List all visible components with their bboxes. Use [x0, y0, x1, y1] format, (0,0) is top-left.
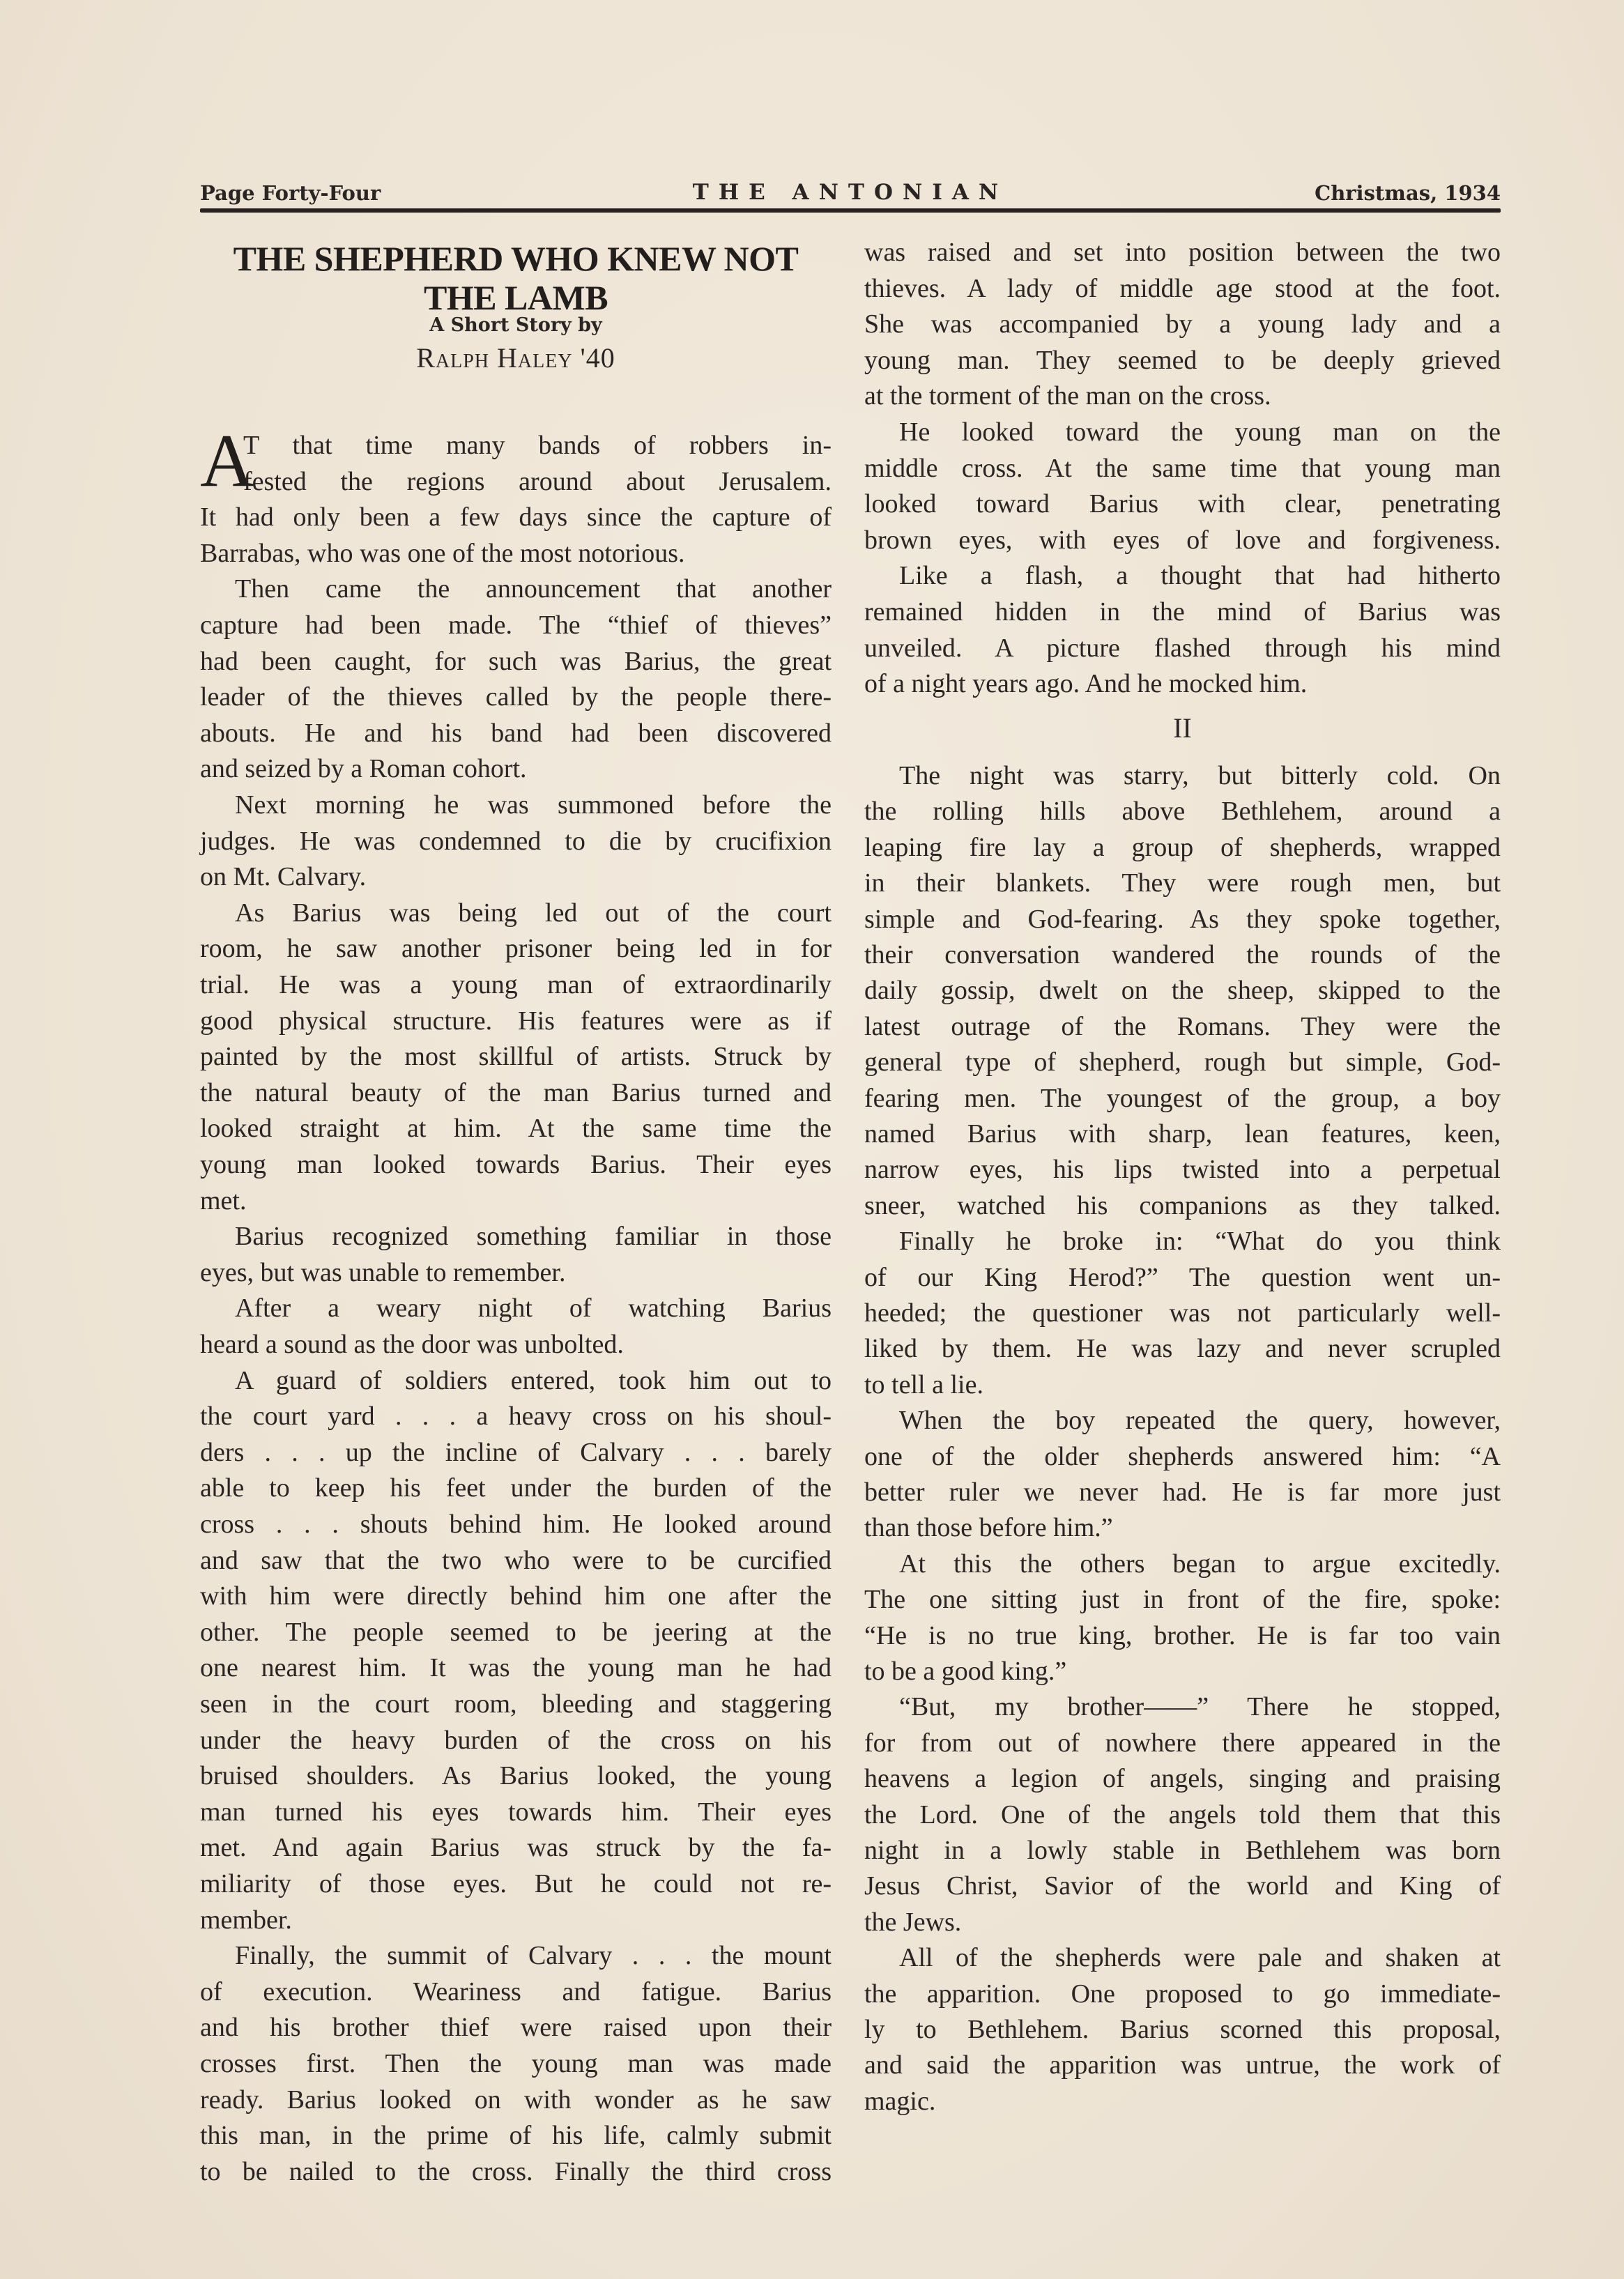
text-line: this man, in the prime of his life, calm… — [200, 2118, 832, 2153]
text-line: unveiled. A picture flashed through his … — [864, 631, 1501, 666]
text-line: one of the older shepherds answered him:… — [864, 1439, 1501, 1474]
issue-date: Christmas, 1934 — [1315, 181, 1501, 205]
text-line: the rolling hills above Bethlehem, aroun… — [864, 794, 1501, 829]
text-line: latest outrage of the Romans. They were … — [864, 1009, 1501, 1044]
text-line: heavens a legion of angels, singing and … — [864, 1761, 1501, 1796]
text-line: When the boy repeated the query, however… — [864, 1403, 1501, 1438]
text-line: and his brother thief were raised upon t… — [200, 2010, 832, 2045]
text-line: Next morning he was summoned before the — [200, 788, 832, 822]
text-line: other. The people seemed to be jeering a… — [200, 1615, 832, 1650]
text-line: brown eyes, with eyes of love and forgiv… — [864, 523, 1501, 558]
text-line: heard a sound as the door was unbolted. — [200, 1327, 832, 1362]
text-line: one nearest him. It was the young man he… — [200, 1650, 832, 1685]
text-line: good physical structure. His features we… — [200, 1004, 832, 1038]
text-line: As Barius was being led out of the court — [200, 896, 832, 930]
text-line: Like a flash, a thought that had hithert… — [864, 558, 1501, 593]
text-line: for from out of nowhere there appeared i… — [864, 1726, 1501, 1760]
text-line: named Barius with sharp, lean features, … — [864, 1117, 1501, 1151]
article-author: Ralph Haley '40 — [200, 342, 832, 374]
text-line: The night was starry, but bitterly cold.… — [864, 758, 1501, 793]
header-rule — [200, 208, 1501, 213]
text-line: Then came the announcement that another — [200, 571, 832, 606]
text-line: simple and God-fearing. As they spoke to… — [864, 902, 1501, 937]
text-line: the Lord. One of the angels told them th… — [864, 1797, 1501, 1832]
text-line: to be a good king.” — [864, 1654, 1501, 1689]
text-line: man turned his eyes towards him. Their e… — [200, 1795, 832, 1829]
text-line: At this the others began to argue excite… — [864, 1547, 1501, 1581]
article-subtitle: A Short Story by — [200, 314, 832, 336]
text-line: Barrabas, who was one of the most notori… — [200, 536, 832, 571]
text-line: the court yard . . . a heavy cross on hi… — [200, 1399, 832, 1434]
text-line: “But, my brother——” There he stopped, — [864, 1689, 1501, 1724]
text-line: leader of the thieves called by the peop… — [200, 680, 832, 714]
text-line: and saw that the two who were to be curc… — [200, 1543, 832, 1578]
text-line: All of the shepherds were pale and shake… — [864, 1940, 1501, 1975]
text-line: bruised shoulders. As Barius looked, the… — [200, 1758, 832, 1793]
text-line: crosses first. Then the young man was ma… — [200, 2046, 832, 2081]
text-line: fearing men. The youngest of the group, … — [864, 1081, 1501, 1116]
text-line: night in a lowly stable in Bethlehem was… — [864, 1833, 1501, 1868]
text-line: capture had been made. The “thief of thi… — [200, 608, 832, 643]
text-line: eyes, but was unable to remember. — [200, 1255, 832, 1290]
text-line: the apparition. One proposed to go immed… — [864, 1977, 1501, 2011]
text-line: and seized by a Roman cohort. — [200, 751, 832, 786]
text-line: magic. — [864, 2084, 1501, 2119]
text-line: Jesus Christ, Savior of the world and Ki… — [864, 1869, 1501, 1903]
text-line: After a weary night of watching Barius — [200, 1291, 832, 1326]
text-line: ders . . . up the incline of Calvary . .… — [200, 1435, 832, 1470]
text-line: looked toward Barius with clear, penetra… — [864, 486, 1501, 521]
text-line: He looked toward the young man on the — [864, 415, 1501, 450]
article-title: THE SHEPHERD WHO KNEW NOT THE LAMB — [200, 239, 832, 317]
text-line: thieves. A lady of middle age stood at t… — [864, 271, 1501, 306]
text-line: daily gossip, dwelt on the sheep, skippe… — [864, 973, 1501, 1008]
text-line: to be nailed to the cross. Finally the t… — [200, 2154, 832, 2189]
text-line: narrow eyes, his lips twisted into a per… — [864, 1152, 1501, 1187]
text-line: seen in the court room, bleeding and sta… — [200, 1687, 832, 1721]
text-line: miliarity of those eyes. But he could no… — [200, 1866, 832, 1901]
text-line: met. — [200, 1183, 832, 1218]
text-line: ready. Barius looked on with wonder as h… — [200, 2082, 832, 2117]
text-line: young man. They seemed to be deeply grie… — [864, 343, 1501, 378]
text-line: at the torment of the man on the cross. — [864, 378, 1501, 413]
text-line: of our King Herod?” The question went un… — [864, 1260, 1501, 1295]
text-line: sneer, watched his companions as they ta… — [864, 1188, 1501, 1223]
text-line: to tell a lie. — [864, 1367, 1501, 1402]
text-line: met. And again Barius was struck by the … — [200, 1830, 832, 1865]
text-line: was raised and set into position between… — [864, 235, 1501, 270]
text-line: and said the apparition was untrue, the … — [864, 2048, 1501, 2082]
text-line: Barius recognized something familiar in … — [200, 1219, 832, 1254]
text-line: than those before him.” — [864, 1510, 1501, 1545]
text-line: liked by them. He was lazy and never scr… — [864, 1331, 1501, 1366]
text-line: trial. He was a young man of extraordina… — [200, 967, 832, 1002]
text-line: on Mt. Calvary. — [200, 859, 832, 894]
text-line: able to keep his feet under the burden o… — [200, 1471, 832, 1505]
text-line: young man looked towards Barius. Their e… — [200, 1147, 832, 1182]
text-line: better ruler we never had. He is far mor… — [864, 1475, 1501, 1510]
text-line: cross . . . shouts behind him. He looked… — [200, 1507, 832, 1542]
article-title-line: THE LAMB — [200, 278, 832, 317]
text-line: painted by the most skillful of artists.… — [200, 1039, 832, 1074]
section-number: II — [864, 712, 1501, 744]
text-line: looked straight at him. At the same time… — [200, 1111, 832, 1146]
text-line: in their blankets. They were rough men, … — [864, 866, 1501, 900]
text-line: Finally he broke in: “What do you think — [864, 1224, 1501, 1259]
text-line: abouts. He and his band had been discove… — [200, 716, 832, 751]
text-line: leaping fire lay a group of shepherds, w… — [864, 830, 1501, 865]
text-line: with him were directly behind him one af… — [200, 1579, 832, 1613]
text-line: T that time many bands of robbers in- — [200, 428, 832, 463]
text-line: heeded; the questioner was not particula… — [864, 1296, 1501, 1330]
text-line: It had only been a few days since the ca… — [200, 500, 832, 535]
article-title-line: THE SHEPHERD WHO KNEW NOT — [200, 239, 832, 278]
text-line: “He is no true king, brother. He is far … — [864, 1618, 1501, 1653]
publication-title: THE ANTONIAN — [200, 180, 1501, 205]
text-line: ly to Bethlehem. Barius scorned this pro… — [864, 2012, 1501, 2047]
text-line: of a night years ago. And he mocked him. — [864, 666, 1501, 701]
text-line: A guard of soldiers entered, took him ou… — [200, 1363, 832, 1398]
text-line: general type of shepherd, rough but simp… — [864, 1045, 1501, 1080]
text-line: room, he saw another prisoner being led … — [200, 931, 832, 966]
text-line: the Jews. — [864, 1905, 1501, 1940]
text-line: their conversation wandered the rounds o… — [864, 937, 1501, 972]
text-line: had been caught, for such was Barius, th… — [200, 644, 832, 679]
text-line: middle cross. At the same time that youn… — [864, 451, 1501, 486]
text-line: judges. He was condemned to die by cruci… — [200, 824, 832, 859]
text-line: under the heavy burden of the cross on h… — [200, 1723, 832, 1758]
text-line: member. — [200, 1903, 832, 1937]
text-line: fested the regions around about Jerusale… — [200, 464, 832, 499]
text-line: remained hidden in the mind of Barius wa… — [864, 594, 1501, 629]
text-line: Finally, the summit of Calvary . . . the… — [200, 1938, 832, 1973]
text-line: She was accompanied by a young lady and … — [864, 307, 1501, 342]
text-line: The one sitting just in front of the fir… — [864, 1582, 1501, 1617]
text-line: the natural beauty of the man Barius tur… — [200, 1075, 832, 1110]
text-line: of execution. Weariness and fatigue. Bar… — [200, 1974, 832, 2009]
